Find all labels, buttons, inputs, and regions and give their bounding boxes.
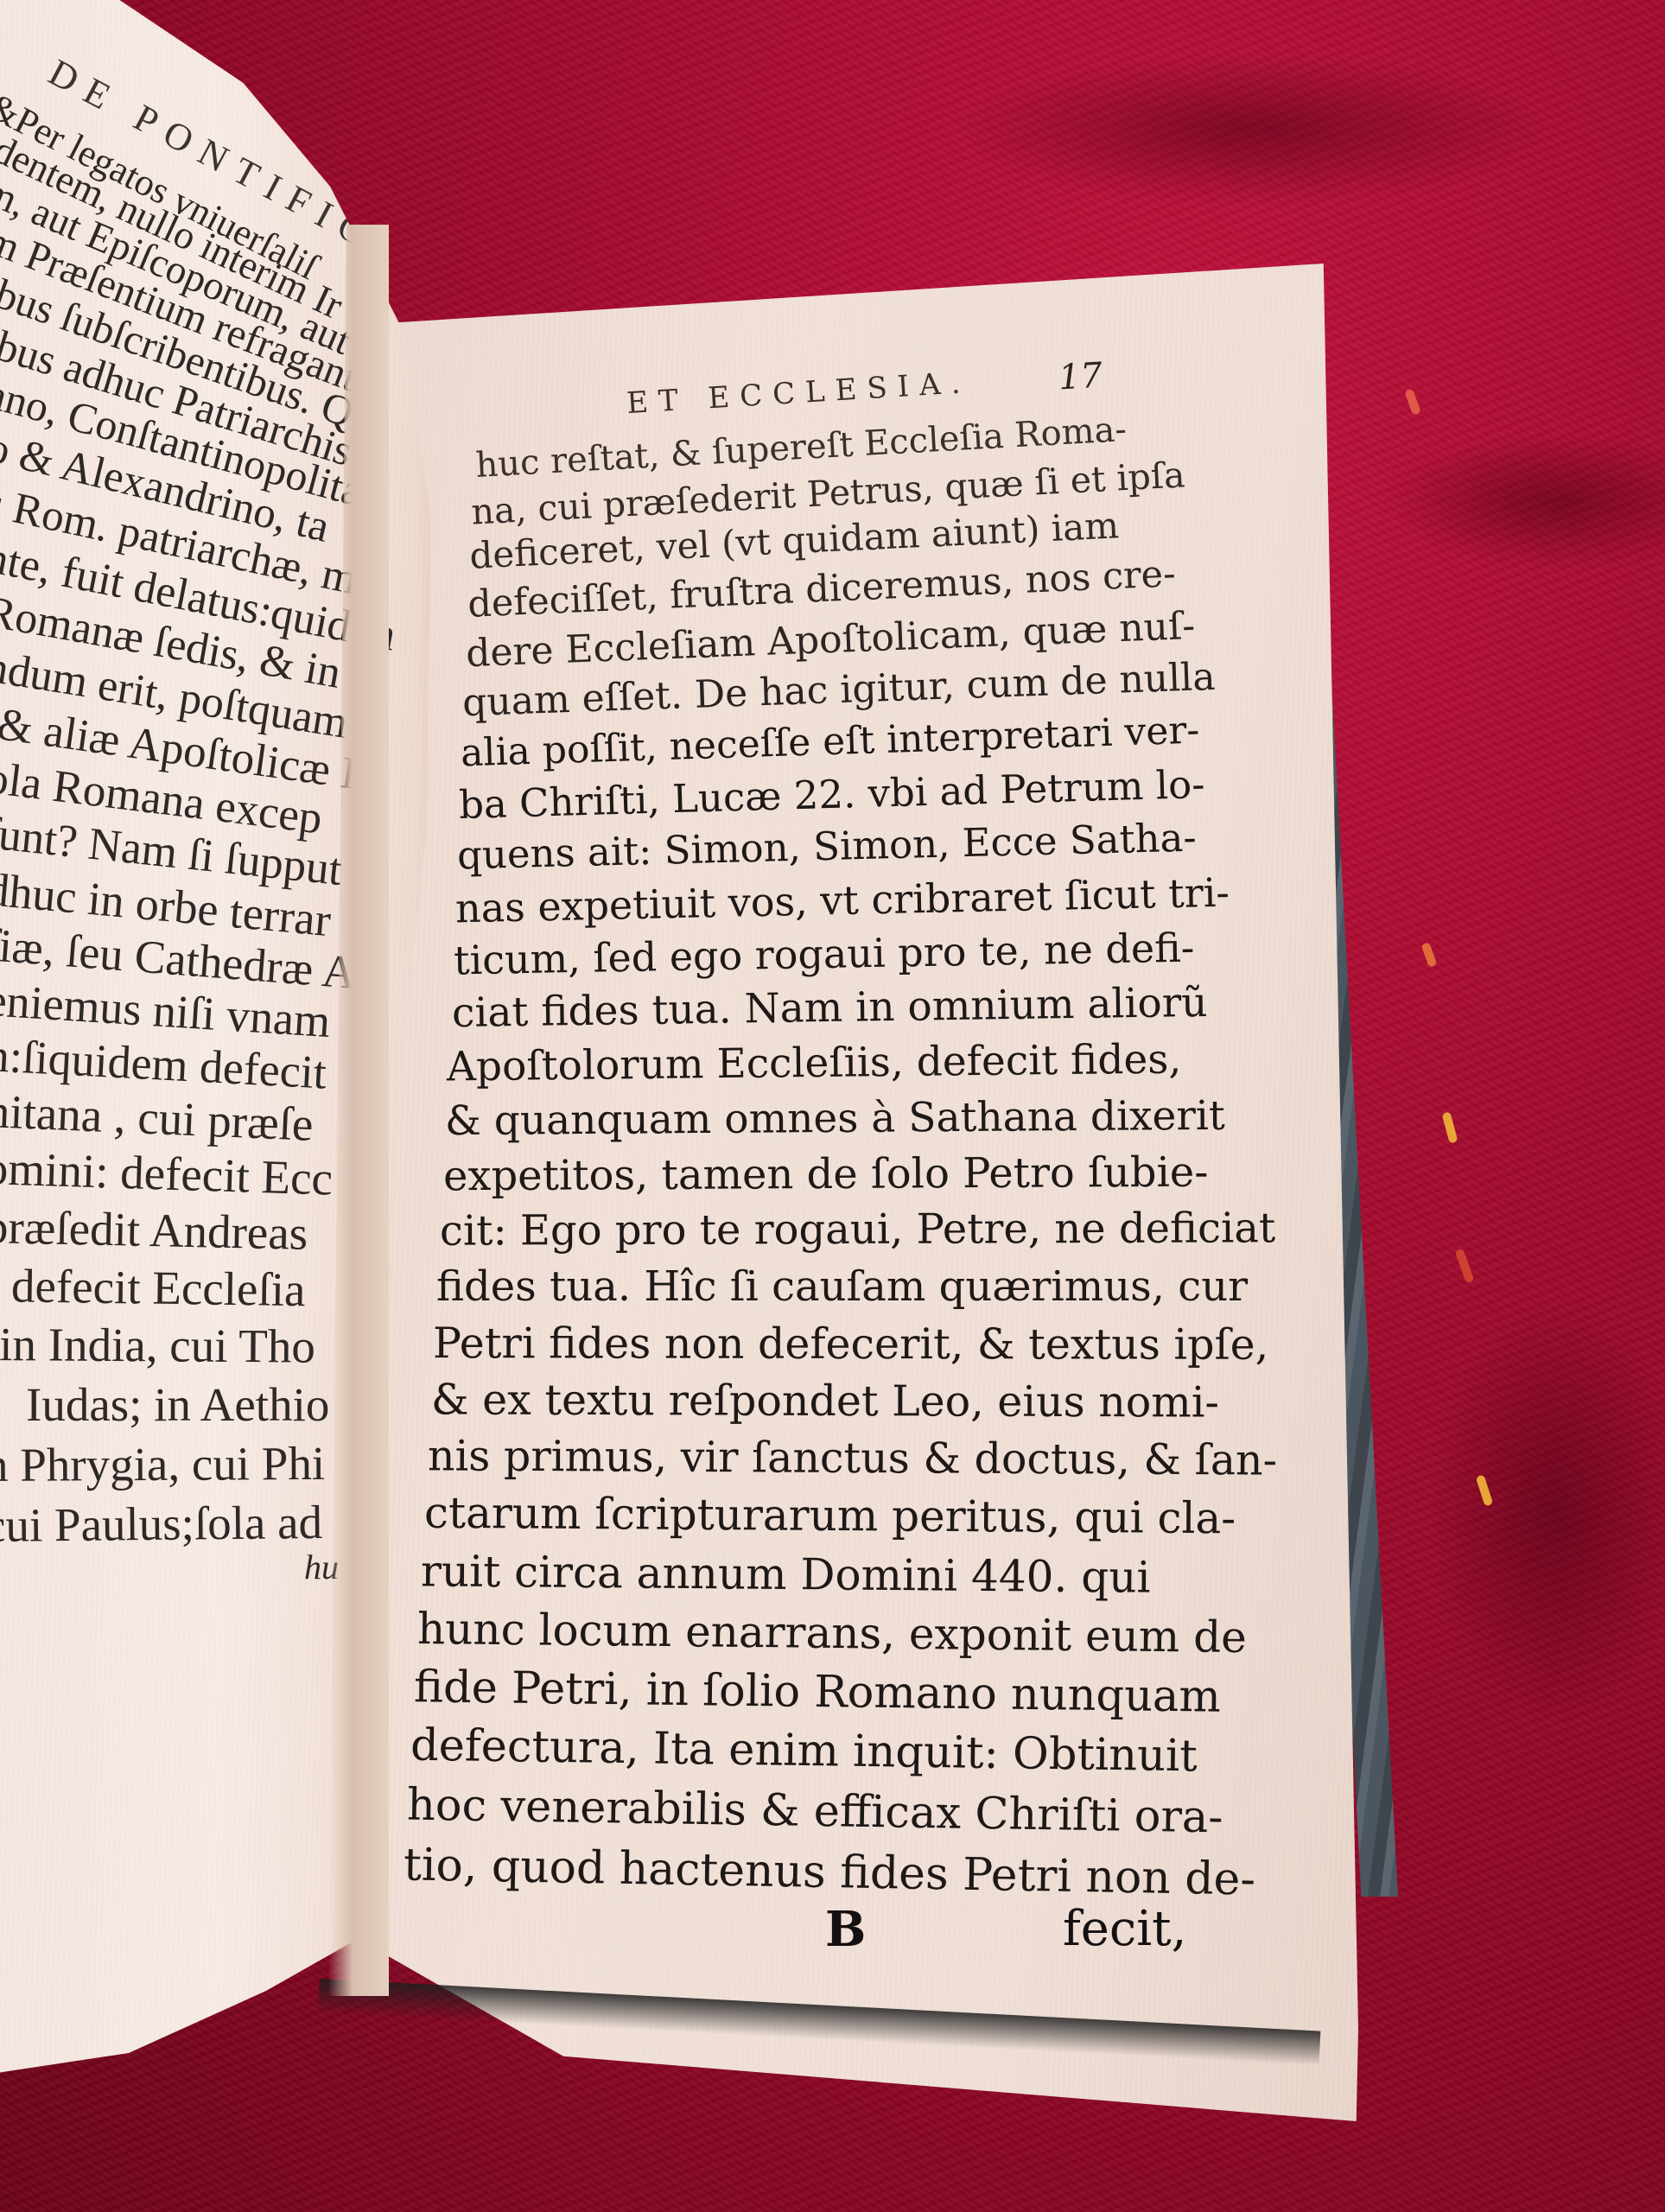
text-line: tio, quod hactenus fides Petri non de- (404, 1839, 1256, 1905)
text-line: ciat fides tua. Nam in omnium aliorũ (452, 979, 1208, 1037)
text-line: omini: defecit Ecc (0, 1141, 334, 1206)
page-number: 17 (1058, 355, 1104, 397)
text-line: præſedit Andreas (0, 1199, 308, 1261)
text-line: fides tua. Hîc ſi cauſam quærimus, cur (436, 1262, 1248, 1311)
text-line: fide Petri, in ſolio Romano nunquam (414, 1662, 1221, 1722)
text-line: ruit circa annum Domini 440. qui (421, 1546, 1151, 1602)
velvet-fold (950, 52, 1555, 207)
signature-mark: B (825, 1901, 866, 1958)
text-line: hunc locum enarrans, exponit eum de (417, 1604, 1247, 1662)
text-line: expetitos, tamen de ſolo Petro ſubie- (443, 1148, 1209, 1201)
text-line: defectura, Ita enim inquit: Obtinuit (410, 1720, 1198, 1783)
text-line: ;in India, cui Tho (0, 1317, 315, 1374)
text-line: nas expetiuit vos, vt cribraret ſicut tr… (455, 869, 1230, 932)
text-line: ctarum ſcripturarum peritus, qui cla- (424, 1488, 1236, 1544)
text-line: cui Paulus;ſola ad (0, 1495, 322, 1553)
text-line: nis primus, vir ſanctus & doctus, & ſan- (428, 1431, 1277, 1484)
text-line: & quanquam omnes à Sathana dixerit (445, 1092, 1225, 1145)
right-running-head: ET ECCLESIA. (626, 365, 971, 421)
text-line: : defecit Eccleſia (0, 1258, 306, 1317)
text-line: ticum, ſed ego rogaui pro te, ne defi- (454, 925, 1195, 984)
text-line: hoc venerabilis & efficax Chriſti ora- (407, 1780, 1223, 1844)
text-line: & ex textu reſpondet Leo, eius nomi- (431, 1375, 1219, 1427)
text-line: cit: Ego pro te rogaui, Petre, ne defici… (440, 1204, 1275, 1255)
text-line: Apoſtolorum Eccleſiis, defecit fides, (447, 1036, 1182, 1091)
text-line: Petri fides non defecerit, & textus ipſe… (433, 1319, 1268, 1370)
text-line: Iudas; in Aethio (26, 1377, 329, 1432)
right-page: ET ECCLESIA. 17 huc reſtat, & ſupereſt E… (384, 264, 1378, 2121)
catchword: fecit, (1063, 1901, 1186, 1957)
text-line: n Phrygia, cui Phi (0, 1436, 325, 1492)
